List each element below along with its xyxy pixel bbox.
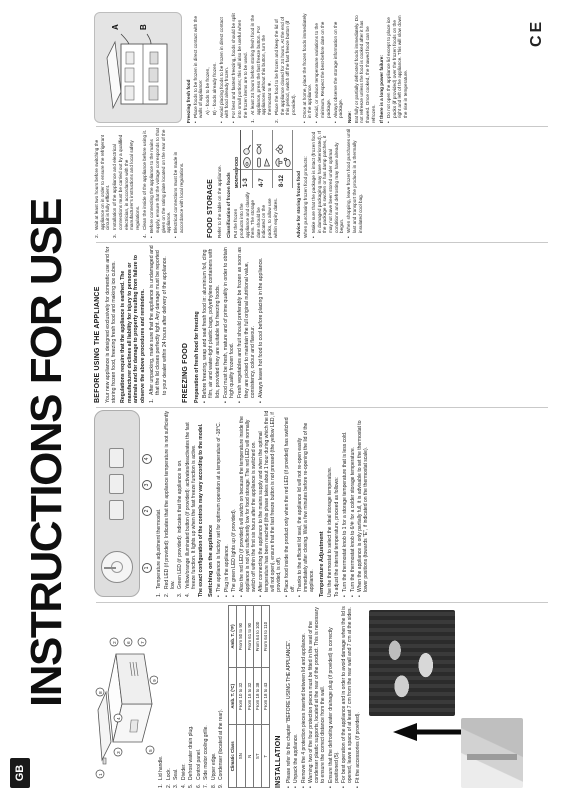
refer-line: Refer to the table on the appliance. — [217, 128, 223, 238]
column-divider — [96, 602, 548, 603]
bullet: When the appliance is only partially ful… — [357, 410, 369, 597]
purchasing-line: When purchasing frozen food products: — [303, 128, 309, 238]
svg-text:6: 6 — [126, 641, 131, 644]
fast-freeze-button-icon — [109, 448, 124, 468]
list-item: 1.Lid handle. — [158, 605, 164, 788]
list-item: 2.Red LED (if provided): Indicates that … — [164, 410, 176, 597]
list-item: 6.Control panel. — [196, 605, 202, 788]
food-icon-drumstick — [243, 144, 251, 155]
column-divider — [96, 126, 548, 127]
list-item: 1.After unpacking, make sure that the ap… — [149, 245, 169, 403]
months-food-table: MONTHS FOOD 1-3 4-7 — [233, 130, 293, 188]
food-icon-vegetable — [263, 157, 271, 168]
bullet: When shopping, leave frozen food purchas… — [346, 128, 363, 238]
bullet: Food must be fresh, mature and of prime … — [223, 245, 236, 403]
bullet: The appliance is factory set for optimum… — [216, 410, 222, 597]
bullet: Plug in the appliance. — [224, 410, 230, 597]
bullet: After connecting the appliance to the ma… — [258, 410, 282, 597]
list-item: 4.Yellow/orange illuminated button (if p… — [185, 410, 197, 597]
power-failure-heading: If there is a long power failure: — [379, 12, 385, 123]
bullet: Also the red LED (if provided) will swit… — [239, 410, 257, 597]
controls-note: The exact configuration of the controls … — [198, 410, 204, 597]
food-icon-sausage — [255, 157, 263, 168]
list-item: 9.Condenser (located at the rear). — [218, 605, 224, 788]
column-food-storage: 2.Wait at least two hours before switchi… — [94, 128, 365, 238]
green-led-icon — [109, 474, 124, 494]
section-heading-before-using: BEFORE USING THE APPLIANCE — [94, 245, 103, 403]
bullet: Once at home, place the frozen foods imm… — [302, 12, 313, 123]
bullet: Warning: two of the four protection piec… — [308, 605, 326, 788]
bullet: For best operation of the appliance and … — [341, 605, 353, 788]
parts-list: 1.Lid handle. 2.Lock. 3.Seal. 4.Divider.… — [158, 605, 224, 788]
bullet: Thanks to the efficient lid seal, the ap… — [297, 410, 315, 597]
label-a: A — [111, 24, 121, 30]
bullet: Make sure that the package is intact (fr… — [311, 128, 345, 238]
bullet: Fresh vegetables and fruit should prefer… — [237, 245, 257, 403]
bullet: Ensure that the defrosting water drainag… — [328, 605, 340, 788]
section-heading-freezing-food: FREEZING FOOD — [182, 245, 191, 403]
svg-text:1: 1 — [98, 773, 103, 776]
column-freezing-fresh: A B Freezing fresh food Place foods to b… — [94, 12, 410, 123]
list-item: 2.Lock. — [166, 605, 172, 788]
bullet: For best and fastest freezing, foods sho… — [231, 12, 248, 123]
food-icon-meat — [243, 157, 251, 168]
storage-table-row: Put the frozen products into the applian… — [233, 128, 293, 238]
svg-text:5: 5 — [148, 749, 153, 752]
condenser-detail-photo — [369, 610, 455, 716]
bullet: Turn the thermostat knob to 1 for a stor… — [342, 410, 348, 597]
bullet: Turn the thermostat knob to 6/❄ for a co… — [350, 410, 356, 597]
note-text: Eat fully or partially defrosted foods i… — [354, 12, 377, 123]
controls-legend: 1.Temperature adjustment thermostat. 2.R… — [156, 410, 197, 597]
list-item: 3.Green LED (if provided): indicates tha… — [177, 410, 183, 597]
label-b: B — [139, 24, 149, 30]
svg-text:8: 8 — [98, 691, 103, 694]
page-title: INSTRUCTIONS FOR USE — [22, 199, 72, 707]
column-controls-switching: 1 2 3 4 1.Temperature adjustment thermos… — [94, 410, 371, 597]
bullet: Always leave hot food to cool before pla… — [258, 245, 265, 403]
sub-line: B) - foods already frozen. — [212, 12, 218, 123]
freezer-corner-photo — [461, 718, 523, 788]
list-item: 1.At least 24 hours before storing fresh… — [250, 12, 273, 123]
before-using-items-2-4: 2.Wait at least two hours before switchi… — [94, 128, 185, 238]
bullet: Place foods to be frozen in direct conta… — [193, 12, 204, 123]
bullet: Unpack the appliance. — [293, 605, 299, 788]
list-item: 8.Upper edge. — [211, 605, 217, 788]
section-heading-food-storage: FOOD STORAGE — [207, 128, 215, 238]
column-divider — [96, 407, 548, 408]
temp-intro2: To adjust the internal temperature, proc… — [334, 410, 340, 597]
bullet: The green LED lights up (if provided). — [231, 410, 237, 597]
bullet: Do not open the appliance lid except to … — [386, 12, 409, 123]
list-item: 3.Installation of the appliance and elec… — [112, 128, 140, 238]
section-heading-installation: INSTALLATION — [275, 605, 283, 788]
bullet: Please refer to the chapter "BEFORE USIN… — [286, 605, 292, 788]
food-icon-fish — [255, 144, 263, 155]
bullet: Avoid placing foods to be frozen in dire… — [219, 12, 230, 123]
switching-bullets: The appliance is factory set for optimum… — [216, 410, 315, 597]
heading-freezing-fresh-food: Freezing fresh food — [186, 12, 192, 123]
bullet: Remove the 4 protection pieces inserted … — [301, 605, 307, 788]
climatic-class-table: Climatic Class Amb. T. (°C) Amb. T. (°F)… — [228, 605, 270, 788]
column-parts-installation: 1 2 3 4 5 6 7 8 9 1.Lid handle. 2.Lock. … — [94, 605, 525, 788]
heading-temperature-adjustment: Temperature Adjustment — [319, 410, 326, 597]
heading-advice: Advice for storing frozen food — [296, 128, 302, 238]
freezing-bullets: Before freezing, wrap and seal fresh foo… — [202, 245, 265, 403]
installation-photos — [365, 605, 525, 788]
regulations-paragraph: Regulations require that the appliance i… — [120, 245, 146, 403]
sub-line: A) - foods to be frozen, — [205, 12, 211, 123]
list-item: 2.Place the food to be frozen and keep t… — [274, 12, 297, 123]
heading-classification: Classification of frozen foods — [226, 128, 232, 238]
food-icon-cherries — [275, 144, 283, 155]
bullet: Fit the accessories (if provided). — [355, 605, 361, 788]
bullet: Avoid, or reduce temperature variations … — [314, 12, 331, 123]
bullet: Before freezing, wrap and seal fresh foo… — [202, 245, 222, 403]
thermostat-dial-icon — [101, 551, 133, 583]
list-item: 1.Temperature adjustment thermostat. — [156, 410, 162, 597]
svg-text:7: 7 — [140, 641, 145, 644]
note-heading: Note: — [347, 12, 353, 123]
column-before-using: BEFORE USING THE APPLIANCE Your new appl… — [94, 245, 266, 403]
list-item: 7.Side motor cooling grille. — [203, 605, 209, 788]
food-icon-mushroom — [275, 157, 283, 168]
heading-preparation: Preparation of fresh food for freezing — [194, 245, 201, 403]
installation-bullets: Please refer to the chapter "BEFORE USIN… — [286, 605, 361, 788]
loading-diagram — [95, 13, 179, 122]
list-item: 3.Seal. — [173, 605, 179, 788]
list-item: 4.Divider. — [181, 605, 187, 788]
freezer-isometric-diagram: 1 2 3 4 5 6 7 8 9 — [94, 605, 158, 788]
svg-text:9: 9 — [152, 679, 157, 682]
bullet: Electrical connections must be made in a… — [173, 128, 184, 238]
manual-page: GB INSTRUCTIONS FOR USE CE 1 2 3 4 5 6 7 — [0, 0, 564, 800]
country-badge: GB — [10, 758, 30, 788]
list-item: 4.Clean the inside of the appliance befo… — [142, 128, 148, 238]
ce-mark: CE — [528, 19, 546, 47]
paragraph: Your new appliance is designed exclusive… — [105, 245, 118, 403]
heading-switching-on: Switching on the appliance — [208, 410, 215, 597]
loading-diagram-box: A B — [94, 12, 182, 123]
classification-paragraph: Put the frozen products into the applian… — [233, 191, 293, 238]
svg-text:3: 3 — [116, 751, 121, 754]
panel-callouts: 1 2 3 4 — [142, 410, 153, 597]
temp-bullets: Turn the thermostat knob to 1 for a stor… — [342, 410, 369, 597]
bullet: Before connecting the appliance to the m… — [149, 128, 172, 238]
list-item: 2.Wait at least two hours before switchi… — [94, 128, 111, 238]
bullet: Place food inside the product only when … — [284, 410, 296, 597]
column-divider — [96, 242, 548, 243]
svg-text:4: 4 — [116, 717, 121, 720]
red-led-icon — [109, 500, 124, 520]
control-panel-diagram — [94, 410, 140, 597]
screenshot-stage: GB INSTRUCTIONS FOR USE CE 1 2 3 4 5 6 7 — [0, 0, 564, 800]
food-icon-poultry — [283, 157, 291, 168]
temp-intro: Use the thermostat to select the ideal s… — [327, 410, 333, 597]
bullet: Always observe the storage information o… — [333, 12, 344, 123]
storage-advice-bullets: Once at home, place the frozen foods imm… — [302, 12, 344, 123]
svg-text:2: 2 — [112, 641, 117, 644]
list-item: 5.Defrost water drain plug. — [188, 605, 194, 788]
